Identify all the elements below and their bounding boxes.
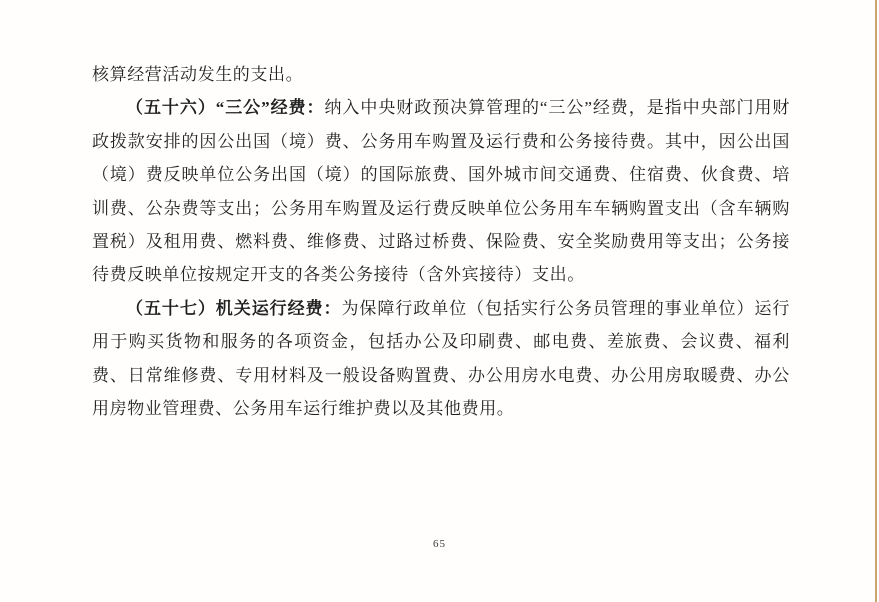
document-body: 核算经营活动发生的支出。 （五十六）“三公”经费：纳入中央财政预决算管理的“三公… xyxy=(92,58,790,425)
page-number: 65 xyxy=(0,538,879,550)
paragraph-text: 核算经营活动发生的支出。 xyxy=(92,65,303,84)
page-edge-line xyxy=(875,0,877,602)
document-page: 核算经营活动发生的支出。 （五十六）“三公”经费：纳入中央财政预决算管理的“三公… xyxy=(0,0,879,602)
paragraph-agency-operating-funds: （五十七）机关运行经费：为保障行政单位（包括实行公务员管理的事业单位）运行用于购… xyxy=(92,292,790,426)
paragraph-sangong-expenses: （五十六）“三公”经费：纳入中央财政预决算管理的“三公”经费，是指中央部门用财政… xyxy=(92,91,790,291)
paragraph-lead: （五十六）“三公”经费： xyxy=(126,98,324,117)
paragraph-continuation: 核算经营活动发生的支出。 xyxy=(92,58,790,91)
paragraph-lead: （五十七）机关运行经费： xyxy=(126,299,341,318)
paragraph-text: 纳入中央财政预决算管理的“三公”经费，是指中央部门用财政拨款安排的因公出国（境）… xyxy=(92,98,790,284)
